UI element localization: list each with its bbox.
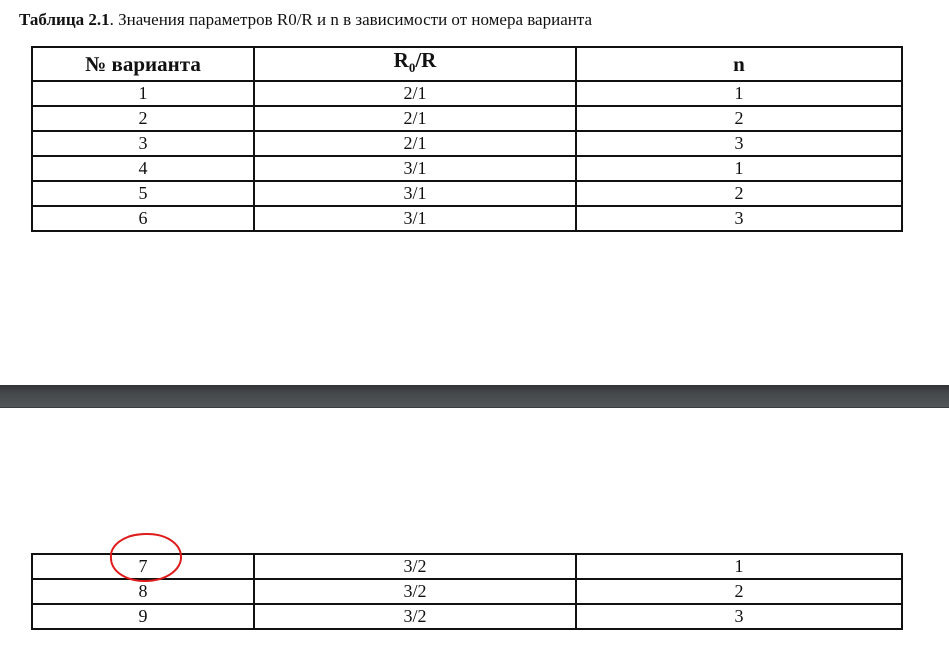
variants-table-page1: № варианта R0/R n 12/1122/1232/1343/1153… — [31, 46, 903, 232]
cell-ratio: 2/1 — [254, 106, 576, 131]
cell-ratio: 3/2 — [254, 554, 576, 579]
cell-variant: 9 — [32, 604, 254, 629]
cell-n: 3 — [576, 131, 902, 156]
cell-variant: 1 — [32, 81, 254, 106]
table-row: 93/23 — [32, 604, 902, 629]
cell-n: 1 — [576, 554, 902, 579]
header-ratio-tail: /R — [415, 48, 436, 72]
header-variant: № варианта — [32, 47, 254, 81]
header-ratio-main: R — [394, 48, 409, 72]
cell-variant: 8 — [32, 579, 254, 604]
cell-ratio: 2/1 — [254, 81, 576, 106]
cell-n: 2 — [576, 106, 902, 131]
cell-ratio: 3/2 — [254, 604, 576, 629]
table-row: 63/13 — [32, 206, 902, 231]
table-header-row: № варианта R0/R n — [32, 47, 902, 81]
cell-variant: 5 — [32, 181, 254, 206]
cell-ratio: 3/2 — [254, 579, 576, 604]
table-row: 22/12 — [32, 106, 902, 131]
table-row: 12/11 — [32, 81, 902, 106]
cell-n: 1 — [576, 81, 902, 106]
cell-ratio: 2/1 — [254, 131, 576, 156]
header-n: n — [576, 47, 902, 81]
cell-ratio: 3/1 — [254, 181, 576, 206]
page-break-divider — [0, 385, 949, 408]
table-row: 53/12 — [32, 181, 902, 206]
cell-variant: 2 — [32, 106, 254, 131]
cell-n: 2 — [576, 181, 902, 206]
cell-ratio: 3/1 — [254, 156, 576, 181]
cell-variant: 6 — [32, 206, 254, 231]
cell-n: 3 — [576, 604, 902, 629]
cell-variant: 4 — [32, 156, 254, 181]
cell-variant: 3 — [32, 131, 254, 156]
cell-ratio: 3/1 — [254, 206, 576, 231]
cell-n: 2 — [576, 579, 902, 604]
table-row: 32/13 — [32, 131, 902, 156]
cell-n: 1 — [576, 156, 902, 181]
table-row: 43/11 — [32, 156, 902, 181]
table-row: 83/22 — [32, 579, 902, 604]
cell-n: 3 — [576, 206, 902, 231]
caption-text: . Значения параметров R0/R и n в зависим… — [110, 10, 592, 29]
table-caption: Таблица 2.1. Значения параметров R0/R и … — [19, 9, 592, 31]
header-ratio: R0/R — [254, 47, 576, 81]
caption-label: Таблица 2.1 — [19, 10, 110, 29]
